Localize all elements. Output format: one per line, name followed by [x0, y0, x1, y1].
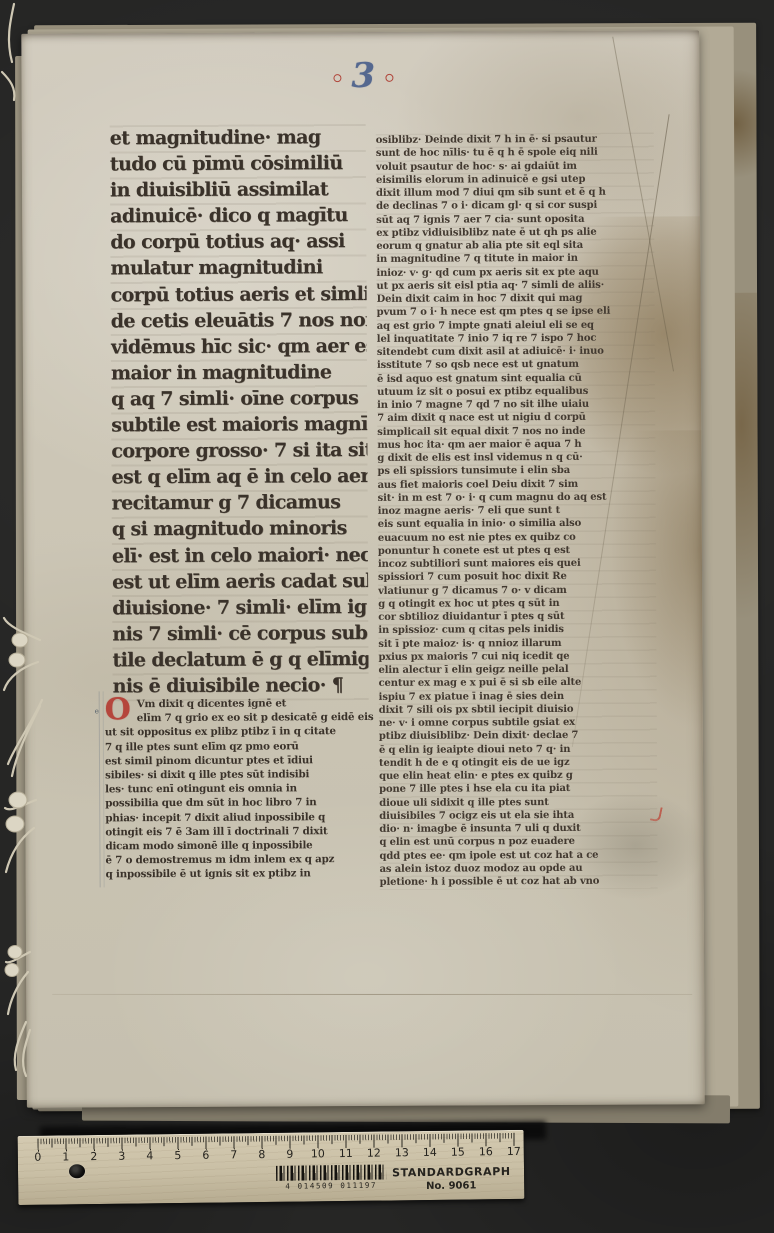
- manuscript-text-line: otingit eis 7 ē 3am ill ī doctrinali 7 d…: [105, 824, 383, 840]
- ruler: 01234567891011121314151617 4 014509 0111…: [18, 1130, 525, 1205]
- ruler-number: 13: [388, 1146, 416, 1159]
- ruler-number: 17: [500, 1145, 528, 1158]
- manuscript-text-line: maior in magnitudine: [111, 359, 367, 386]
- manuscript-text-line: les· tunc enī otingunt eis omnia in: [105, 781, 383, 797]
- manuscript-text-line: corpore grosso· 7 si ita sit· m: [111, 437, 367, 464]
- ruler-number: 10: [304, 1147, 332, 1160]
- manuscript-text-line: corpū totius aeris et simli: [110, 281, 366, 308]
- manuscript-text-line: q inpossibile ē ut ignis sit ex ptibz in: [106, 866, 384, 882]
- ruler-number: 15: [444, 1145, 472, 1158]
- manuscript-page: 3 et magnitudine· magtudo cū pīmū cōsimi…: [21, 30, 705, 1108]
- barcode: 4 014509 011197: [276, 1165, 386, 1191]
- manuscript-text-line: q aq 7 simli· oīne corpus: [111, 385, 367, 412]
- manuscript-text-line: elī· est in celo maiori· necm: [112, 541, 368, 568]
- manuscript-text-line: possibilia que dm sūt in hoc libro 7 in: [105, 795, 383, 811]
- foliation-flourish: [385, 74, 393, 82]
- ruler-number: 6: [192, 1149, 220, 1162]
- ruler-number: 16: [472, 1145, 500, 1158]
- ruler-hole: [69, 1164, 85, 1178]
- manuscript-text-line: Vm dixit q dicentes ignē et: [105, 696, 383, 712]
- manuscript-text-line: ē 7 o demostremus m idm inlem ex q apz: [105, 852, 383, 868]
- ruler-number: 9: [276, 1148, 304, 1161]
- left-text-column: et magnitudine· magtudo cū pīmū cōsimili…: [110, 124, 369, 701]
- manuscript-text-line: pletione· h i possible ē ut coz hat ab v…: [380, 874, 658, 889]
- manuscript-text-line: nis 7 simli· cē corpus sub: [112, 620, 368, 647]
- manuscript-text-line: recitamur g 7 dicamus: [112, 489, 368, 516]
- ruler-number: 7: [220, 1148, 248, 1161]
- manuscript-text-line: elīm 7 q grio ex eo sit p desicatē g eid…: [105, 710, 383, 726]
- ruler-number: 11: [332, 1147, 360, 1160]
- manuscript-text-line: tile declatum ē g q elīmig: [112, 646, 368, 673]
- ruled-margin-line: [99, 691, 101, 887]
- right-text-column: osiblibz· Deinde dixit 7 h in ē· si psau…: [376, 132, 658, 889]
- manuscript-text-line: mulatur magnitudini: [110, 254, 366, 281]
- foliation-flourish: [333, 74, 341, 82]
- ruler-number: 5: [164, 1149, 192, 1162]
- ruler-number: 0: [24, 1151, 52, 1164]
- manuscript-text-line: est q elīm aq ē in celo aeris·: [111, 463, 367, 490]
- horizontal-fold-line: [52, 994, 692, 995]
- manuscript-text-line: phias· incepit 7 dixit aliud inpossibile…: [105, 809, 383, 825]
- manuscript-text-line: adinuicē· dico q magītu: [110, 202, 366, 229]
- manuscript-text-line: 7 q ille ptes sunt elīm qz pmo eorū: [105, 738, 383, 754]
- ruler-number: 4: [136, 1149, 164, 1162]
- ruler-brand: STANDARDGRAPH: [392, 1165, 510, 1179]
- barcode-digits: 4 014509 011197: [276, 1181, 386, 1191]
- ruler-number: 12: [360, 1146, 388, 1159]
- manuscript-text-line: est simil pinom dicuntur ptes et īdiui: [105, 753, 383, 769]
- manuscript-text-line: dicam modo simonē ille q inpossibile: [105, 838, 383, 854]
- ruler-number: 2: [80, 1150, 108, 1163]
- manuscript-text-line: de cetis eleuātis 7 nos non: [111, 307, 367, 334]
- ruler-number: 3: [108, 1150, 136, 1163]
- barcode-bars: [276, 1165, 386, 1181]
- ruler-number: 1: [52, 1150, 80, 1163]
- manuscript-text-line: in diuisibliū assimilat: [110, 176, 366, 203]
- ruler-number: 14: [416, 1146, 444, 1159]
- manuscript-text-line: vidēmus hīc sic· qm aer est: [111, 333, 367, 360]
- manuscript-text-line: tudo cū pīmū cōsimiliū: [110, 150, 366, 177]
- manuscript-text-line: subtile est maioris magnī: [111, 411, 367, 438]
- manuscript-text-line: est ut elīm aeris cadat sub: [112, 568, 368, 595]
- manuscript-text-line: et magnitudine· mag: [110, 124, 366, 151]
- ruler-model-number: No. 9061: [392, 1180, 510, 1192]
- manuscript-text-line: diuisione· 7 simli· elīm ig: [112, 594, 368, 621]
- photograph-scene: 3 et magnitudine· magtudo cū pīmū cōsimi…: [0, 0, 774, 1233]
- ruler-brand-block: STANDARDGRAPH No. 9061: [392, 1165, 510, 1192]
- page-number: 3: [351, 56, 375, 96]
- left-column-second-paragraph: Vm dixit q dicentes ignē etelīm 7 q grio…: [105, 696, 384, 883]
- manuscript-text-line: sibiles· si dixit q ille ptes sūt indisi…: [105, 767, 383, 783]
- manuscript-text-line: ut sit oppositus ex plibz ptibz ī in q c…: [105, 724, 383, 740]
- foliation-number-group: 3: [327, 56, 407, 104]
- manuscript-text-line: do corpū totius aq· assi: [110, 228, 366, 255]
- rubric-margin-mark: [650, 806, 663, 823]
- ruler-number: 8: [248, 1148, 276, 1161]
- manuscript-text-line: q si magnitudo minoris: [112, 515, 368, 542]
